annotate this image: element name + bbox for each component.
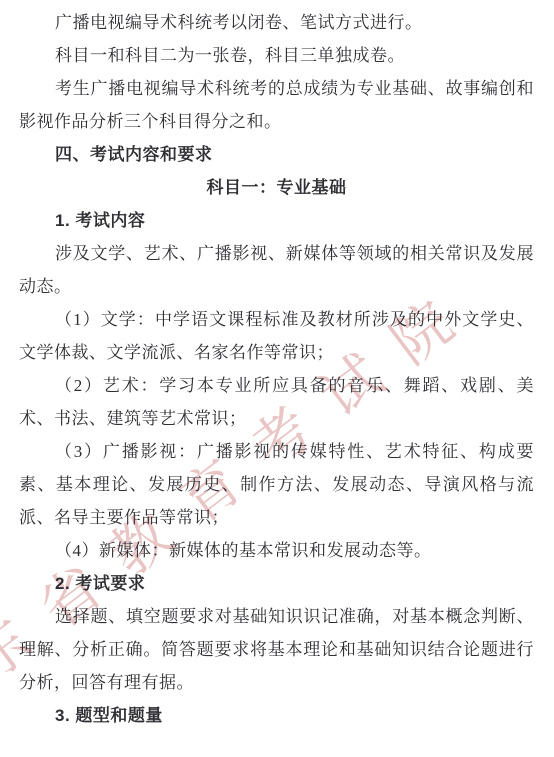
paragraph-scope-overview: 涉及文学、艺术、广播影视、新媒体等领域的相关常识及发展动态。 — [19, 237, 534, 303]
document-page: 广东省教育考试院 广播电视编导术科统考以闭卷、笔试方式进行。 科目一和科目二为一… — [0, 0, 554, 757]
paragraph-question-requirements: 选择题、填空题要求对基础知识识记准确，对基本概念判断、理解、分析正确。简答题要求… — [19, 600, 534, 699]
paragraph-total-score: 考生广播电视编导术科统考的总成绩为专业基础、故事编创和影视作品分析三个科目得分之… — [19, 72, 534, 138]
heading-exam-requirements: 2. 考试要求 — [19, 567, 534, 600]
paragraph-item-literature: （1）文学：中学语文课程标准及教材所涉及的中外文学史、文学体裁、文学流派、名家名… — [19, 303, 534, 369]
paragraph-item-art: （2）艺术：学习本专业所应具备的音乐、舞蹈、戏剧、美术、书法、建筑等艺术常识； — [19, 369, 534, 435]
document-content: 广播电视编导术科统考以闭卷、笔试方式进行。 科目一和科目二为一张卷，科目三单独成… — [0, 0, 554, 732]
heading-exam-content: 1. 考试内容 — [19, 204, 534, 237]
paragraph-paper-structure: 科目一和科目二为一张卷，科目三单独成卷。 — [19, 39, 534, 72]
paragraph-exam-method: 广播电视编导术科统考以闭卷、笔试方式进行。 — [19, 6, 534, 39]
section-heading-exam-content-requirements: 四、考试内容和要求 — [19, 138, 534, 171]
paragraph-item-new-media: （4）新媒体：新媒体的基本常识和发展动态等。 — [19, 534, 534, 567]
paragraph-item-broadcast-film: （3）广播影视：广播影视的传媒特性、艺术特征、构成要素、基本理论、发展历史、制作… — [19, 435, 534, 534]
heading-question-types: 3. 题型和题量 — [19, 699, 534, 732]
subject-one-title: 科目一：专业基础 — [19, 171, 534, 204]
